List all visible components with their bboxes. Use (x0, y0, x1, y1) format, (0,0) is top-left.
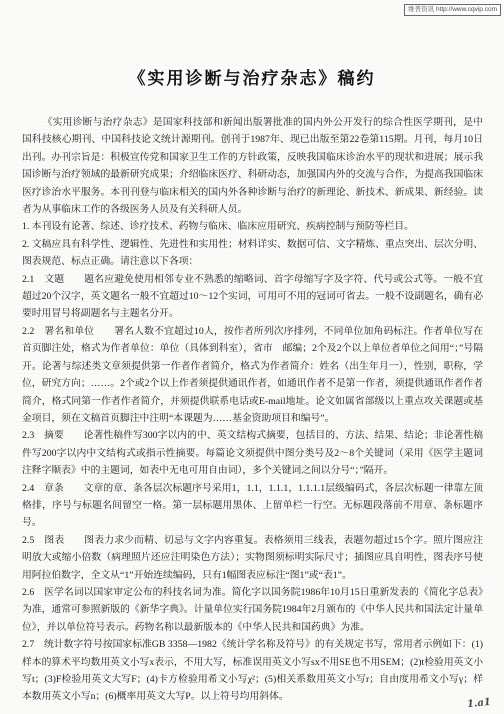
section-2-2-authors-affiliations: 2.2 署名和单位 署名人数不宜超过10人，按作者所列次序排列，不同单位加角码标… (22, 323, 483, 427)
item-1-columns: 1. 本刊设有论著、综述、诊疗技术、药物与临床、临床应用研究、疾病控制与预防等栏… (22, 218, 483, 235)
section-2-6-terminology-units: 2.6 医学名词以国家审定公布的科技名词为准。简化字以国务院1986年10月15… (22, 584, 483, 636)
section-2-4-heading-numbering: 2.4 章条 文章的章、条各层次标题序号采用1，1.1，1.1.1，1.1.1.… (22, 480, 483, 532)
handwritten-corner-mark: 1.a1 (467, 697, 492, 710)
intro-paragraph: 《实用诊断与治疗杂志》是国家科技部和新闻出版署批准的国内外公开发行的综合性医学期… (22, 114, 483, 218)
cqvip-watermark-badge: 维普资讯 http://www.cqvip.com (404, 4, 501, 16)
scanned-document-page: 维普资讯 http://www.cqvip.com 《实用诊断与治疗杂志》稿约 … (0, 0, 504, 714)
document-body: 《实用诊断与治疗杂志》是国家科技部和新闻出版署批准的国内外公开发行的综合性医学期… (22, 114, 483, 706)
section-2-3-abstract-keywords: 2.3 摘要 论著性稿件写300字以内的中、英文结构式摘要，包括目的、方法、结果… (22, 427, 483, 479)
section-2-7-statistical-symbols: 2.7 统计数字符号按国家标准GB 3358—1982《统计学名称及符号》的有关… (22, 636, 483, 706)
section-2-1-title-rules: 2.1 文题 题名应避免使用相邻专业不熟悉的缩略词、首字母缩写字及字符、代号或公… (22, 271, 483, 323)
section-2-5-figures-tables: 2.5 图表 图表力求少而精、切忌与文字内容重复。表格须用三线表，表题勿超过15… (22, 532, 483, 584)
item-2-manuscript-requirements: 2. 文稿应具有科学性、逻辑性、先进性和实用性；材料详实、数据可信、文字精炼、重… (22, 236, 483, 271)
